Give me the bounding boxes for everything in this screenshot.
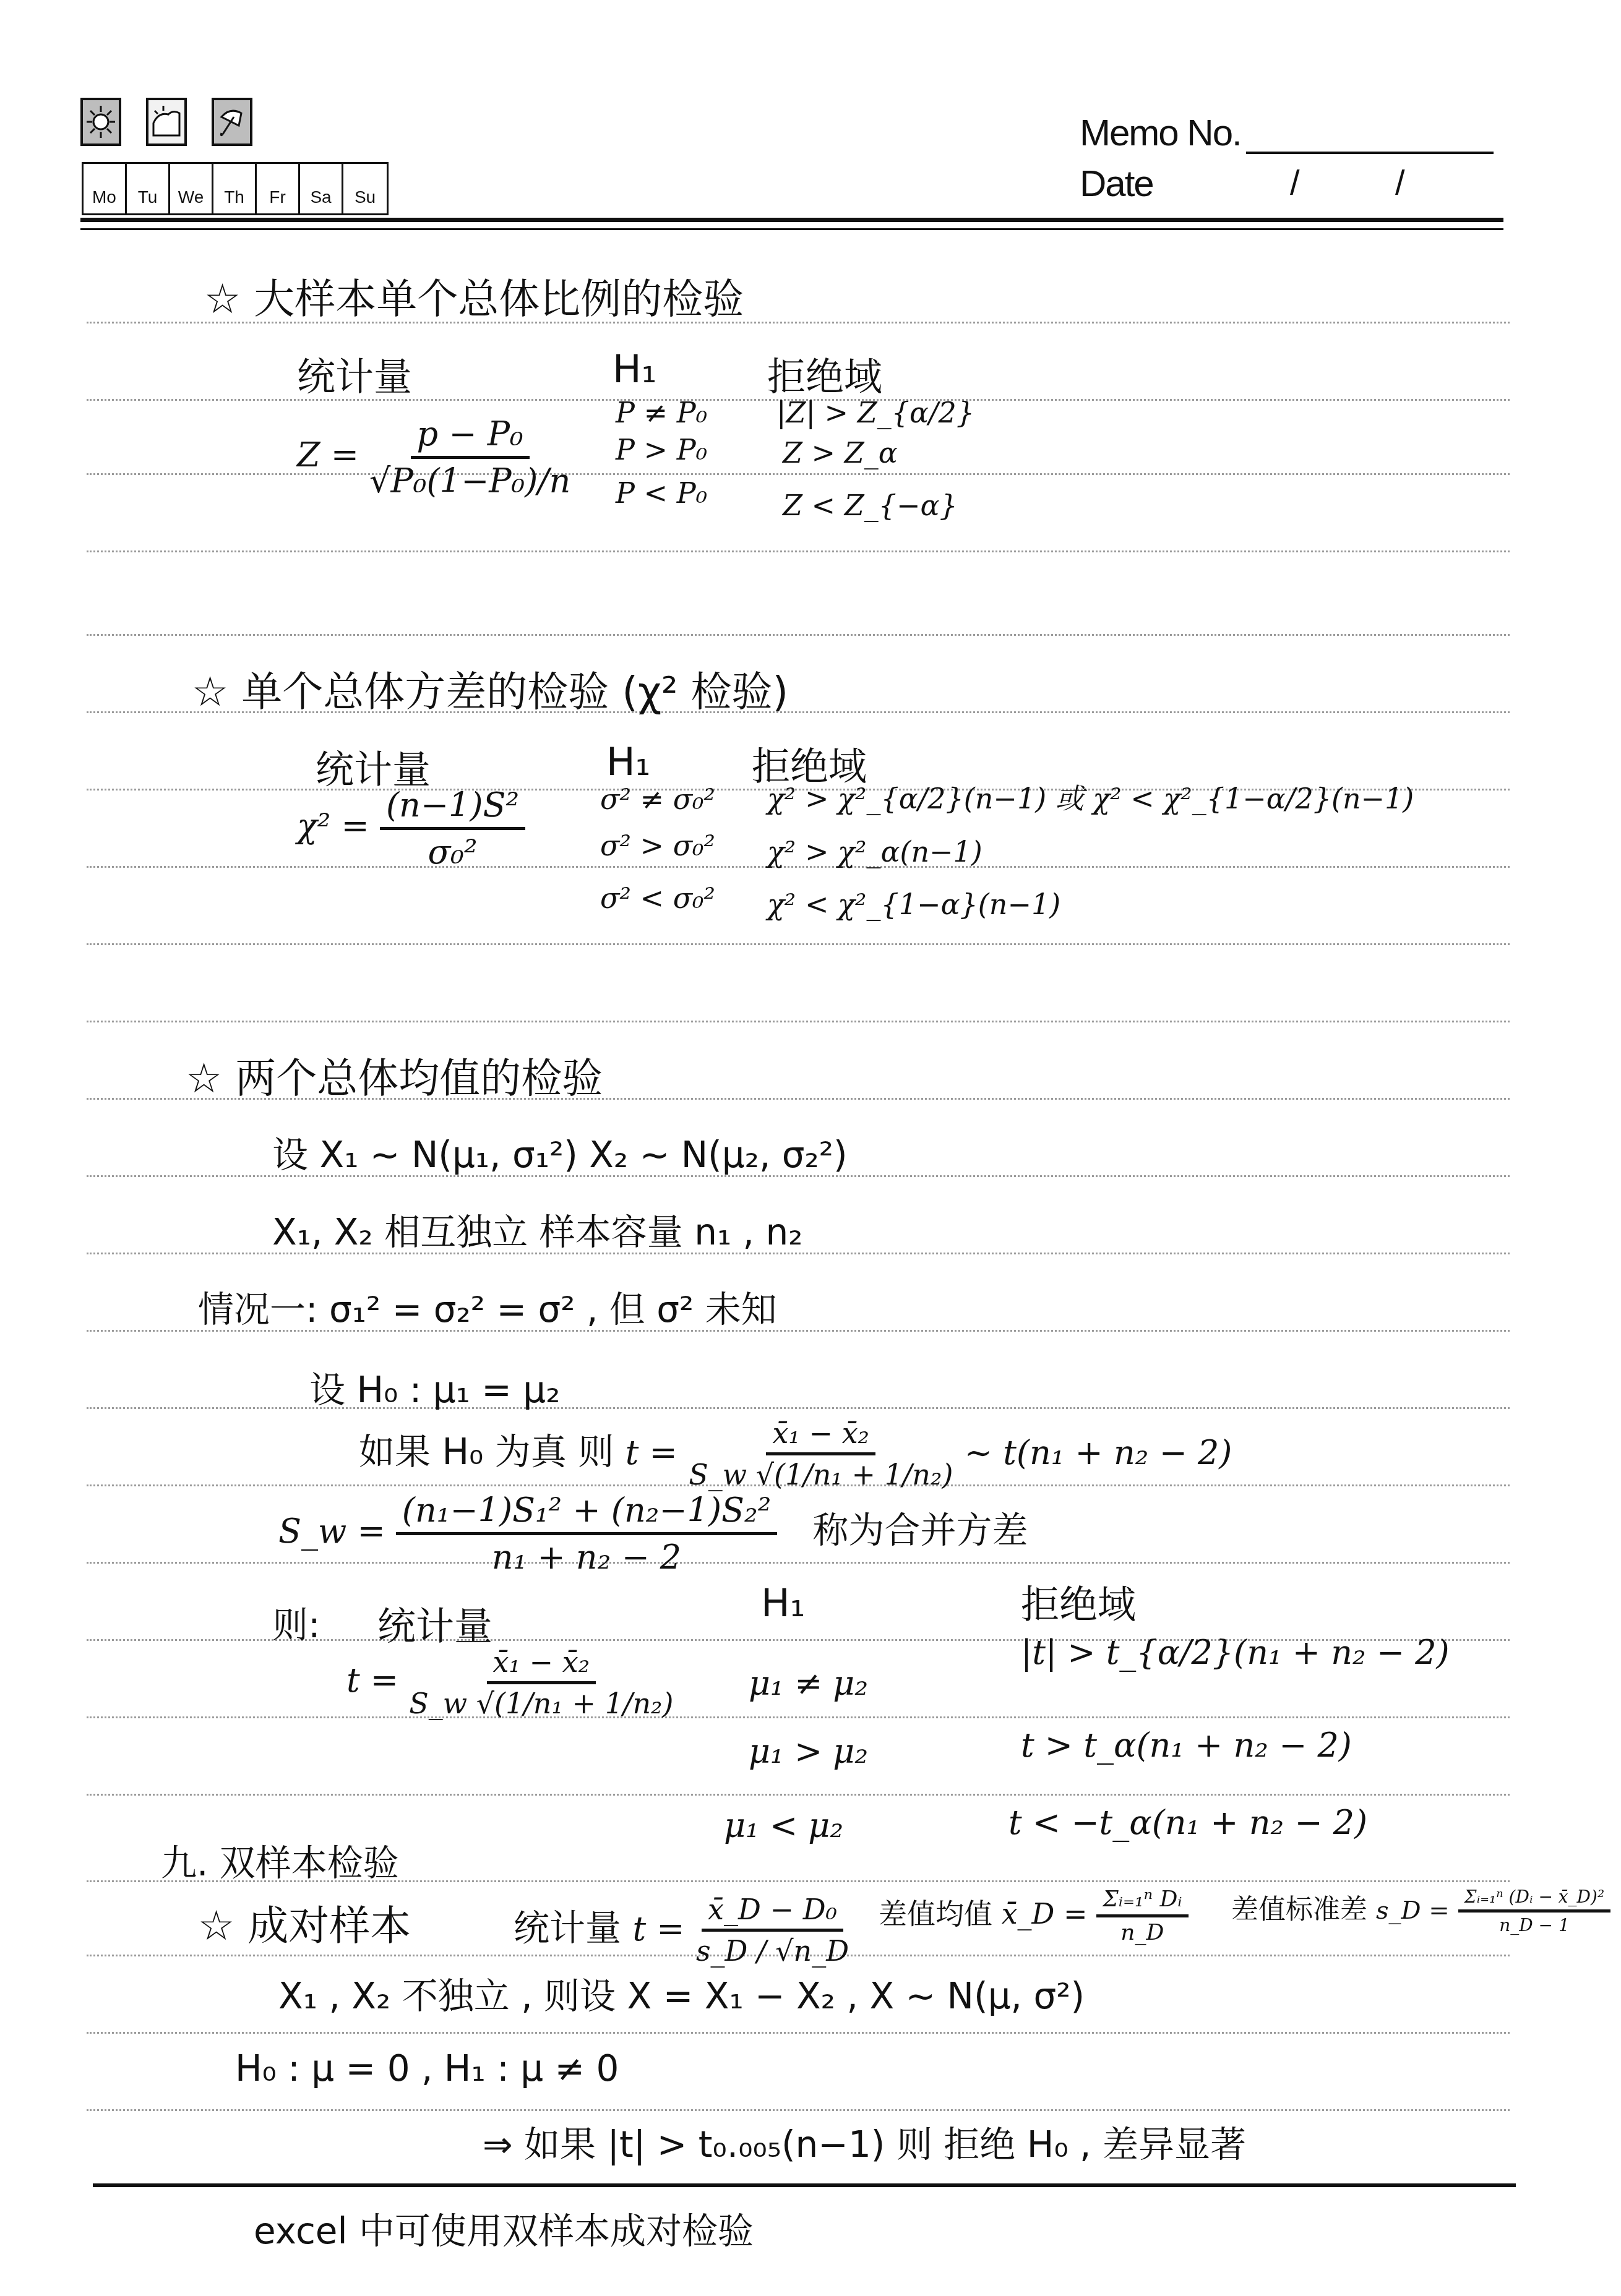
independence-statement: X₁, X₂ 相互独立 样本容量 n₁ , n₂ bbox=[272, 1203, 802, 1255]
t-distribution: ∼ t(n₁ + n₂ − 2) bbox=[965, 1433, 1232, 1472]
ruled-line bbox=[87, 943, 1510, 945]
memo-number: Memo No. bbox=[1080, 111, 1494, 154]
ruled-line bbox=[87, 1021, 1510, 1022]
h1-row: P ≠ P₀ bbox=[616, 396, 707, 429]
sun-icon[interactable] bbox=[80, 98, 121, 146]
date-separator: / bbox=[1395, 162, 1404, 202]
fraction: Σᵢ₌₁ⁿ (Dᵢ − x̄_D)² n_D − 1 bbox=[1458, 1887, 1610, 1935]
numerator: Σᵢ₌₁ⁿ (Dᵢ − x̄_D)² bbox=[1458, 1887, 1610, 1913]
pooled-variance-formula: S_w = (n₁−1)S₁² + (n₂−1)S₂² n₁ + n₂ − 2 … bbox=[278, 1491, 1028, 1577]
reject-row: t > t_α(n₁ + n₂ − 2) bbox=[1021, 1726, 1352, 1765]
null-hypothesis: 设 H₀ : μ₁ = μ₂ bbox=[309, 1361, 561, 1413]
numerator: x̄₁ − x̄₂ bbox=[487, 1645, 596, 1684]
col-header-h1: H₁ bbox=[761, 1580, 805, 1626]
case-one-statement: 情况一: σ₁² = σ₂² = σ² , 但 σ² 未知 bbox=[198, 1280, 777, 1332]
t-lhs: t = bbox=[626, 1433, 677, 1472]
sd-lhs: s_D = bbox=[1376, 1896, 1450, 1925]
chapter-heading-two-sample-test: 九. 双样本检验 bbox=[161, 1834, 399, 1886]
ruled-line bbox=[87, 550, 1510, 552]
ruled-line bbox=[87, 1794, 1510, 1796]
col-header-h1: H₁ bbox=[606, 739, 650, 784]
denominator: n₁ + n₂ − 2 bbox=[492, 1535, 681, 1577]
mean-label: 差值均值 bbox=[879, 1897, 992, 1930]
hypotheses: H₀ : μ = 0 , H₁ : μ ≠ 0 bbox=[235, 2047, 619, 2089]
fraction: (n₁−1)S₁² + (n₂−1)S₂² n₁ + n₂ − 2 bbox=[396, 1491, 777, 1577]
col-header-rejection-region: 拒绝域 bbox=[767, 346, 882, 401]
denominator: √P₀(1−P₀)/n bbox=[369, 459, 570, 500]
section-title-two-means-test: ☆ 两个总体均值的检验 bbox=[186, 1045, 603, 1104]
day-sa[interactable]: Sa bbox=[300, 164, 343, 213]
col-header-h1: H₁ bbox=[613, 346, 656, 392]
dependence-statement: X₁ , X₂ 不独立 , 则设 X = X₁ − X₂ , X ∼ N(μ, … bbox=[278, 1967, 1085, 2019]
ruled-line bbox=[87, 634, 1510, 636]
umbrella-icon[interactable] bbox=[212, 98, 252, 146]
formula-lhs: t = bbox=[346, 1661, 398, 1700]
reject-row: χ² > χ²_{α/2}(n−1) 或 χ² < χ²_{1−α/2}(n−1… bbox=[767, 776, 1414, 817]
numerator: Σᵢ₌₁ⁿ Dᵢ bbox=[1096, 1887, 1188, 1917]
h1-row: μ₁ > μ₂ bbox=[749, 1732, 868, 1771]
reject-row: Z < Z_{−α} bbox=[783, 489, 958, 522]
formula-lhs: χ² = bbox=[297, 807, 369, 846]
difference-sd-formula: 差值标准差 s_D = Σᵢ₌₁ⁿ (Dᵢ − x̄_D)² n_D − 1 bbox=[1231, 1887, 1610, 1935]
denominator: S_w √(1/n₁ + 1/n₂) bbox=[409, 1684, 673, 1720]
chi-square-statistic-formula: χ² = (n−1)S² σ₀² bbox=[297, 786, 525, 872]
numerator: (n−1)S² bbox=[380, 786, 525, 830]
distribution-assumption: 设 X₁ ∼ N(μ₁, σ₁²) X₂ ∼ N(μ₂, σ₂²) bbox=[272, 1126, 848, 1178]
header-divider bbox=[80, 218, 1503, 230]
fraction: p − P₀ √P₀(1−P₀)/n bbox=[369, 414, 570, 500]
fraction: (n−1)S² σ₀² bbox=[380, 786, 525, 872]
section-title-proportion-test: ☆ 大样本单个总体比例的检验 bbox=[204, 266, 744, 325]
h1-row: σ² > σ₀² bbox=[600, 829, 715, 862]
conclusion: ⇒ 如果 |t| > t₀.₀₀₅(n−1) 则 拒绝 H₀ , 差异显著 bbox=[483, 2115, 1246, 2167]
z-statistic-formula: Z = p − P₀ √P₀(1−P₀)/n bbox=[297, 414, 570, 500]
fraction: Σᵢ₌₁ⁿ Dᵢ n_D bbox=[1096, 1887, 1188, 1945]
day-th[interactable]: Th bbox=[213, 164, 257, 213]
col-header-statistic: 统计量 bbox=[297, 346, 412, 401]
pooled-variance-note: 称为合并方差 bbox=[812, 1509, 1028, 1551]
weekday-selector: Mo Tu We Th Fr Sa Su bbox=[82, 162, 389, 215]
reject-row: χ² < χ²_{1−α}(n−1) bbox=[767, 888, 1060, 921]
denominator: s_D / √n_D bbox=[696, 1932, 849, 1968]
mean-lhs: x̄_D = bbox=[1002, 1897, 1088, 1930]
date-field[interactable]: Date / / bbox=[1080, 162, 1153, 205]
reject-row: Z > Z_α bbox=[783, 436, 898, 469]
t-statistic-formula: t = x̄₁ − x̄₂ S_w √(1/n₁ + 1/n₂) bbox=[346, 1645, 673, 1720]
then-label: 则: bbox=[272, 1596, 320, 1648]
memo-number-field[interactable] bbox=[1246, 121, 1494, 154]
t-lhs: t = bbox=[632, 1909, 684, 1948]
ruled-line bbox=[87, 2032, 1510, 2034]
day-mo[interactable]: Mo bbox=[84, 164, 127, 213]
day-we[interactable]: We bbox=[170, 164, 213, 213]
h1-row: μ₁ < μ₂ bbox=[724, 1806, 843, 1845]
h1-row: P < P₀ bbox=[616, 476, 707, 510]
col-header-rejection-region: 拒绝域 bbox=[1021, 1574, 1136, 1629]
weather-icons bbox=[80, 98, 252, 146]
ruled-line bbox=[87, 1407, 1510, 1409]
h1-row: σ² < σ₀² bbox=[600, 881, 715, 915]
memo-label: Memo No. bbox=[1080, 112, 1241, 153]
formula-lhs: S_w = bbox=[278, 1512, 385, 1551]
partly-cloudy-icon[interactable] bbox=[146, 98, 187, 146]
formula-lhs: Z = bbox=[297, 435, 359, 474]
stat-label: 统计量 bbox=[514, 1907, 621, 1949]
paired-t-statistic: 统计量 t = x̄_D − D₀ s_D / √n_D bbox=[514, 1893, 849, 1968]
numerator: x̄_D − D₀ bbox=[702, 1893, 843, 1932]
h1-row: σ² ≠ σ₀² bbox=[600, 782, 715, 816]
h1-row: μ₁ ≠ μ₂ bbox=[749, 1664, 868, 1703]
numerator: x̄₁ − x̄₂ bbox=[766, 1416, 875, 1455]
denominator: σ₀² bbox=[428, 830, 477, 872]
fraction: x̄₁ − x̄₂ S_w √(1/n₁ + 1/n₂) bbox=[409, 1645, 673, 1720]
date-label: Date bbox=[1080, 163, 1153, 204]
sd-label: 差值标准差 bbox=[1231, 1894, 1367, 1925]
if-true-label: 如果 H₀ 为真 则 bbox=[359, 1431, 614, 1473]
day-fr[interactable]: Fr bbox=[257, 164, 300, 213]
fraction: x̄₁ − x̄₂ S_w √(1/n₁ + 1/n₂) bbox=[689, 1416, 953, 1491]
section-title-paired-samples: ☆ 成对样本 bbox=[198, 1893, 411, 1951]
footer-divider bbox=[93, 2183, 1516, 2187]
denominator: n_D bbox=[1120, 1917, 1164, 1945]
excel-note: excel 中可使用双样本成对检验 bbox=[254, 2202, 754, 2254]
denominator: n_D − 1 bbox=[1499, 1913, 1570, 1935]
day-su[interactable]: Su bbox=[343, 164, 387, 213]
ruled-line bbox=[87, 1716, 1510, 1718]
reject-row: |t| > t_{α/2}(n₁ + n₂ − 2) bbox=[1021, 1633, 1450, 1672]
notebook-page: Mo Tu We Th Fr Sa Su Memo No. Date / / ☆… bbox=[0, 0, 1621, 2296]
day-tu[interactable]: Tu bbox=[127, 164, 170, 213]
numerator: (n₁−1)S₁² + (n₂−1)S₂² bbox=[396, 1491, 777, 1535]
reject-row: χ² > χ²_α(n−1) bbox=[767, 835, 982, 868]
numerator: p − P₀ bbox=[411, 414, 530, 459]
fraction: x̄_D − D₀ s_D / √n_D bbox=[696, 1893, 849, 1968]
denominator: S_w √(1/n₁ + 1/n₂) bbox=[689, 1455, 953, 1491]
reject-row: |Z| > Z_{α/2} bbox=[776, 396, 974, 429]
ruled-line bbox=[87, 2109, 1510, 2111]
t-distribution-statement: 如果 H₀ 为真 则 t = x̄₁ − x̄₂ S_w √(1/n₁ + 1/… bbox=[359, 1416, 1232, 1491]
h1-row: P > P₀ bbox=[616, 433, 707, 466]
reject-row: t < −t_α(n₁ + n₂ − 2) bbox=[1008, 1803, 1367, 1842]
col-header-statistic: 统计量 bbox=[377, 1596, 492, 1651]
difference-mean-formula: 差值均值 x̄_D = Σᵢ₌₁ⁿ Dᵢ n_D bbox=[879, 1887, 1189, 1945]
section-title-variance-test: ☆ 单个总体方差的检验 (χ² 检验) bbox=[192, 659, 788, 717]
date-separator: / bbox=[1290, 162, 1299, 202]
